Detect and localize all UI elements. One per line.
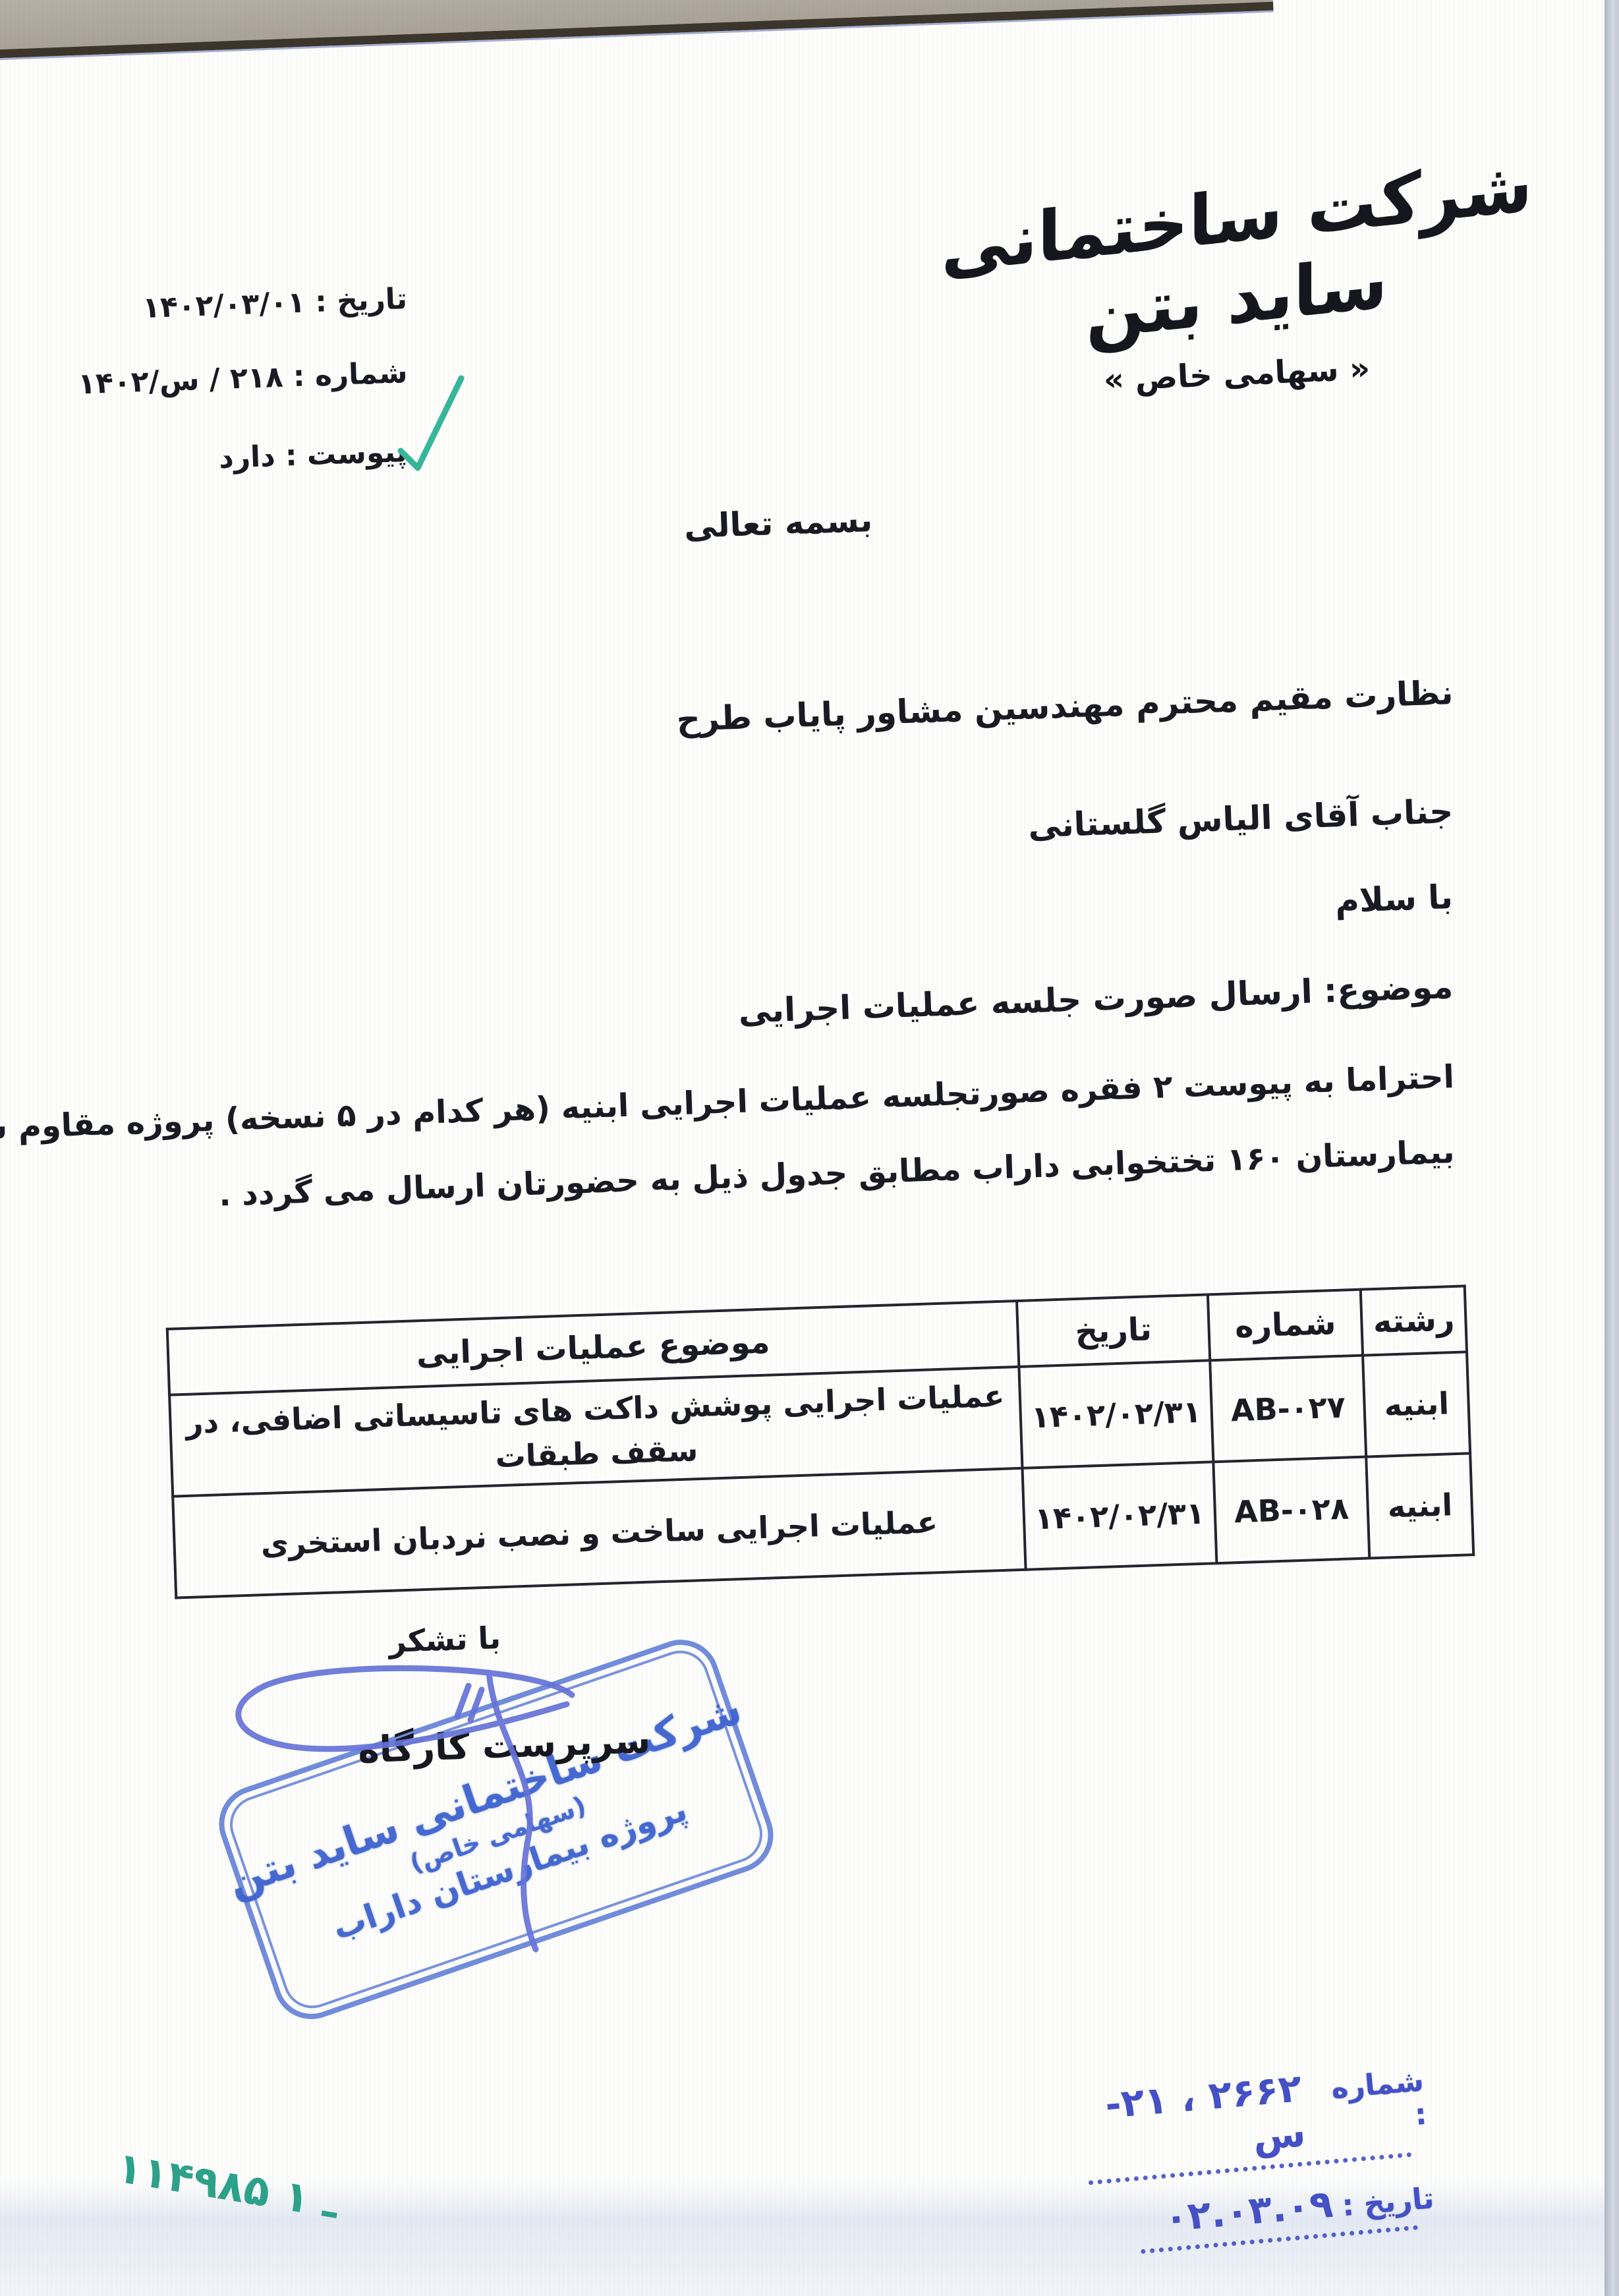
cell-field: ابنیه: [1366, 1453, 1473, 1558]
operations-table: رشته شماره تاریخ موضوع عملیات اجرایی ابن…: [166, 1284, 1475, 1599]
received-date-label: تاریخ :: [1341, 2181, 1435, 2223]
closing-thanks: با تشکر: [388, 1620, 501, 1659]
letterhead: شرکت ساختمانی ساید بتن « سهامی خاص »: [907, 177, 1566, 393]
cell-number: AB-۰۲۸: [1214, 1457, 1370, 1564]
company-name: شرکت ساختمانی ساید بتن: [909, 142, 1565, 374]
body-line1: احتراما به پیوست ۲ فقره صورتجلسه عملیات …: [0, 1058, 1455, 1154]
letter-attachment: پیوست : دارد: [219, 435, 408, 475]
company-stamp: شرکت ساختمانی ساید بتن (سهامی خاص) پروژه…: [209, 1629, 783, 2029]
scanner-top-edge: [0, 0, 1274, 59]
recipient-line1: نظارت مقیم محترم مهندسین مشاور پایاب طرح: [675, 674, 1454, 739]
subject-label: موضوع:: [1323, 967, 1454, 1010]
letter-date: تاریخ : ۱۴۰۲/۰۳/۰۱: [142, 282, 408, 325]
cell-number: AB-۰۲۷: [1210, 1356, 1366, 1462]
body-line2: بیمارستان ۱۶۰ تختخوابی داراب مطابق جدول …: [218, 1134, 1455, 1213]
cell-date: ۱۴۰۲/۰۲/۳۱: [1022, 1462, 1216, 1570]
col-header-date: تاریخ: [1017, 1294, 1210, 1367]
letter-number: شماره : ۲۱۸ / س/۱۴۰۲: [77, 356, 408, 401]
col-header-number: شماره: [1208, 1290, 1363, 1361]
received-stamp: شماره : ۲۶۶۲ ، ۲۱-س تاریخ : ۰۲.۰۳.۰۹: [1054, 2055, 1438, 2278]
attachment-checkmark-icon: [393, 369, 472, 481]
subject-text: ارسال صورت جلسه عملیات اجرایی: [738, 972, 1324, 1031]
subject-line: موضوع: ارسال صورت جلسه عملیات اجرایی: [738, 967, 1454, 1031]
col-header-field: رشته: [1361, 1286, 1467, 1355]
scanner-right-edge: [1605, 0, 1619, 2296]
received-number-label: شماره :: [1309, 2064, 1428, 2141]
recipient-line2: جناب آقای الیاس گلستانی: [1027, 792, 1454, 845]
cell-date: ۱۴۰۲/۰۲/۳۱: [1019, 1360, 1213, 1468]
cell-field: ابنیه: [1363, 1352, 1470, 1456]
salutation: با سلام: [1334, 878, 1454, 920]
company-stamp-border: شرکت ساختمانی ساید بتن (سهامی خاص) پروژه…: [222, 1643, 770, 2016]
basmala: بسمه تعالی: [683, 501, 873, 546]
